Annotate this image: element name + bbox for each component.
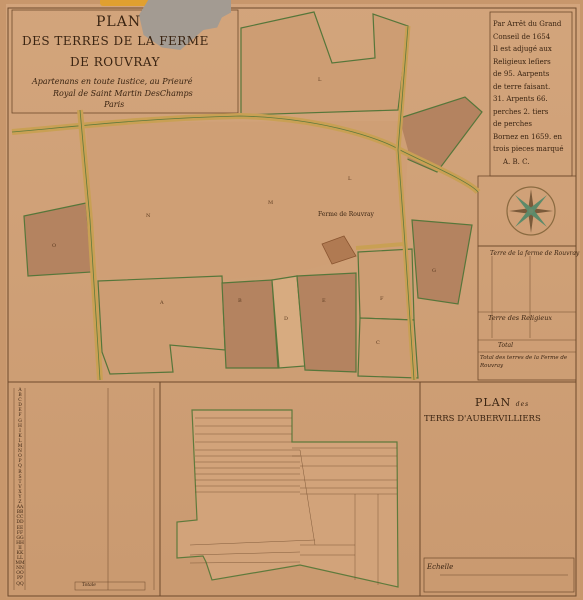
parcel-label-a: A — [160, 300, 164, 306]
title-line4: Apartenans en toute Iustice, au Prieuré — [32, 77, 192, 86]
scale-label: Echelle — [427, 563, 453, 571]
note-line: Conseil de 1654 — [493, 31, 575, 44]
note-line: de 95. Aarpents — [493, 68, 575, 81]
note-line: Bornez en 1659. en — [493, 131, 575, 144]
title-line5: Royal de Saint Martin DesChamps — [53, 89, 193, 98]
summary-grand-total: Total des terres de la Ferme de Rouvray — [480, 354, 574, 370]
parcel-label-e: E — [322, 298, 326, 304]
compass-rose-icon — [507, 187, 555, 235]
note-line: trois pieces marqué — [493, 143, 575, 156]
parcel-label-b: B — [238, 298, 242, 304]
parcel-label-l-upper: L — [318, 77, 321, 83]
summary-total: Total — [498, 342, 513, 349]
note-line: Par Arrêt du Grand — [493, 18, 575, 31]
legend-total: Totale — [82, 583, 96, 588]
parcel-label-m: M — [268, 200, 273, 206]
parcel-label-l: L — [348, 176, 351, 182]
parcel-label-f: F — [380, 296, 383, 302]
parcel-label-g: G — [432, 268, 436, 274]
aubervilliers-plan-word: PLAN — [475, 396, 511, 409]
aubervilliers-title: TERRS D'AUBERVILLIERS — [424, 414, 541, 424]
legend-letters: A B C D E F G H I K L M N O P Q R S T V … — [15, 388, 25, 587]
farm-label: Ferme de Rouvray — [318, 211, 374, 218]
legend-letter: DD — [15, 520, 25, 525]
note-line: de perches — [493, 118, 575, 131]
note-line: Religieux leſiers — [493, 56, 575, 69]
title-line3: DE ROUVRAY — [70, 55, 160, 69]
note-box: Par Arrêt du Grand Conseil de 1654 Il es… — [493, 18, 575, 168]
aubervilliers-plan: PLAN des — [475, 396, 529, 409]
parcel-label-o: O — [52, 243, 56, 249]
estate-map: PLAN DES TERRES DE LA FERME DE ROUVRAY A… — [0, 0, 583, 600]
summary-header-1: Terre de la ferme de Rouvray — [490, 250, 579, 257]
aubervilliers-des: des — [516, 401, 529, 408]
parcel-label-d: D — [284, 316, 288, 322]
parcel-label-n: N — [146, 213, 150, 219]
note-line: de terre faisant. — [493, 81, 575, 94]
title-line2: DES TERRES DE LA FERME — [22, 34, 209, 48]
note-line: 31. Arpents 66. — [493, 93, 575, 106]
note-line: perches 2. tiers — [493, 106, 575, 119]
legend-letter: QQ — [15, 582, 25, 587]
title-line1: PLAN — [96, 14, 141, 30]
summary-header-2: Terre des Religieux — [488, 314, 552, 322]
note-line: A. B. C. — [493, 156, 575, 169]
parcel-label-c: C — [376, 340, 380, 346]
note-line: Il est adjugé aux — [493, 43, 575, 56]
title-line6: Paris — [104, 100, 124, 109]
